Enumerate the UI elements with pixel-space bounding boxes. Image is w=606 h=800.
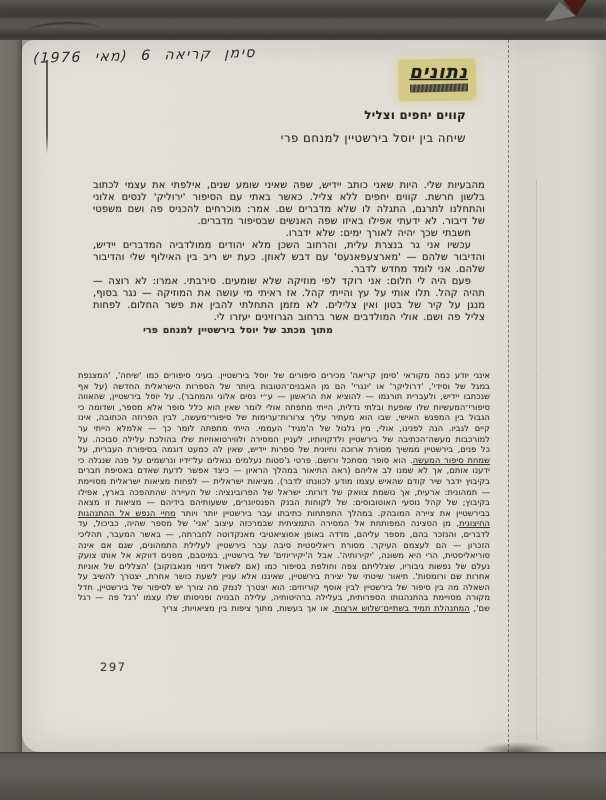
letter-paragraph: עכשיו אני גר בנצרת עלית, והרחוב השכן מלא…: [93, 240, 485, 276]
scanner-edge-left: [0, 40, 22, 752]
scanned-document-photo: סימן קריאה 6 (מאי 1976) נתונים קווים יחפ…: [0, 0, 606, 800]
letter-paragraph: חשבתי שכך יהיה לאורך ימים: שלא ידברו.: [93, 228, 485, 240]
article-title: קווים יחפים וצליל: [364, 108, 466, 122]
letter-paragraph: מהבעיות שלי. היות שאני כותב יידיש, שפה ש…: [93, 180, 485, 228]
scan-streak: [0, 13, 606, 18]
section-label: נתונים: [409, 62, 468, 83]
letter-excerpt: מהבעיות שלי. היות שאני כותב יידיש, שפה ש…: [93, 180, 485, 337]
letter-attribution: מתוך מכתב של יוסל בירשטיין למנחם פרי: [93, 325, 333, 337]
section-label-smudge-bar: [410, 83, 468, 92]
letter-paragraph: פעם היה לי חלום: אני רוקד לפי מוזיקה שלא…: [93, 276, 485, 324]
article-subtitle: שיחה בין יוסל בירשטיין למנחם פרי: [281, 131, 466, 145]
scanner-edge-bottom: [0, 752, 606, 800]
page-number: 297: [100, 660, 126, 674]
pen-stroke: [46, 60, 48, 154]
fold-shadow-dots: [536, 180, 537, 740]
section-header: נתונים: [409, 62, 468, 92]
handwritten-note: סימן קריאה 6 (מאי 1976): [26, 45, 257, 67]
page-fold-line: [508, 40, 509, 752]
book-page: סימן קריאה 6 (מאי 1976) נתונים קווים יחפ…: [22, 40, 606, 752]
editor-introduction: אינני יודע כמה מקוראי 'סימן קריאה' מכירי…: [78, 370, 490, 614]
